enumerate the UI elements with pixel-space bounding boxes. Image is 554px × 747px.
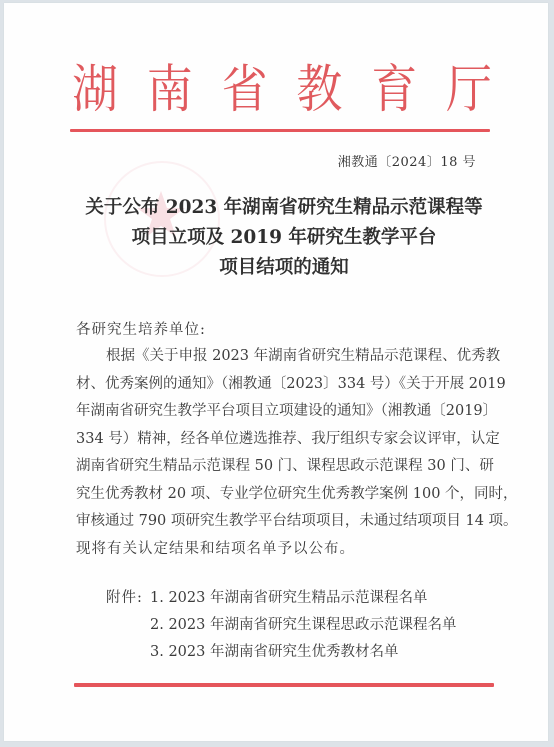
attachment-title: 1. 2023 年湖南省研究生精品示范课程名单 [150,585,427,612]
body-line: 现将有关认定结果和结项名单予以公布。 [76,536,490,564]
body-line: 334 号）精神，经各单位遴选推荐、我厅组织专家会议评审，认定 [76,426,490,454]
body-line: 根据《关于申报 2023 年湖南省研究生精品示范课程、优秀教 [76,343,490,371]
body-line: 年湖南省研究生教学平台项目立项建设的通知》（湘教通〔2019〕 [76,398,490,426]
masthead-char: 湖 [72,58,118,121]
salutation: 各研究生培养单位: [76,320,206,340]
attachment-title: 3. 2023 年湖南省研究生优秀教材名单 [150,639,398,666]
attachments-list: 附件: 1. 2023 年湖南省研究生精品示范课程名单 2. 2023 年湖南省… [106,585,456,666]
masthead-char: 育 [371,58,417,121]
issuer-masthead: 湖 南 省 教 育 厅 [72,59,492,119]
masthead-char: 省 [222,58,268,121]
document-number: 湘教通〔2024〕18 号 [338,151,476,170]
attachment-item: 2. 2023 年湖南省研究生课程思政示范课程名单 [106,612,456,639]
body-paragraph: 根据《关于申报 2023 年湖南省研究生精品示范课程、优秀教 材、优秀案例的通知… [76,343,490,563]
masthead-char: 南 [147,58,193,121]
attachment-item: 3. 2023 年湖南省研究生优秀教材名单 [106,639,456,666]
footer-divider [74,683,494,687]
body-line: 究生优秀教材 20 项、专业学位研究生优秀教学案例 100 个，同时， [76,481,490,509]
body-line: 审核通过 790 项研究生教学平台结项项目，未通过结项项目 14 项。 [76,508,490,536]
attachment-title: 2. 2023 年湖南省研究生课程思政示范课程名单 [150,612,456,639]
title-line: 项目立项及 2019 年研究生教学平台 [64,223,504,253]
attachment-item: 附件: 1. 2023 年湖南省研究生精品示范课程名单 [106,585,456,612]
masthead-char: 厅 [446,58,492,121]
title-line: 关于公布 2023 年湖南省研究生精品示范课程等 [64,193,504,223]
document-page: 湖 南 省 教 育 厅 湘教通〔2024〕18 号 关于公布 2023 年湖南省… [4,3,548,741]
body-line: 材、优秀案例的通知》（湘教通〔2023〕334 号）《关于开展 2019 [76,371,490,399]
masthead-divider [70,129,490,132]
attachments-label: 附件: [106,585,150,612]
document-title: 关于公布 2023 年湖南省研究生精品示范课程等 项目立项及 2019 年研究生… [64,193,504,283]
masthead-char: 教 [296,58,342,121]
title-line: 项目结项的通知 [64,253,504,283]
body-line: 湖南省研究生精品示范课程 50 门、课程思政示范课程 30 门、研 [76,453,490,481]
